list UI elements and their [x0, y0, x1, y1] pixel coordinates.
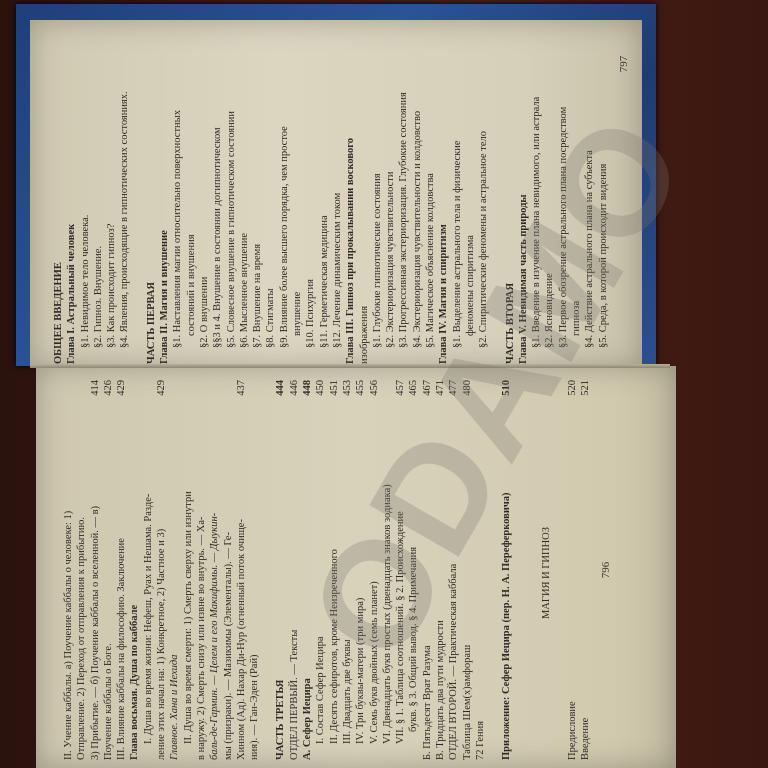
toc-entry-page: 429	[155, 380, 168, 402]
toc-entry: §8. Стигматы	[264, 0, 277, 364]
toc-entry: ОБЩЕЕ ВВЕДЕНИЕ	[52, 0, 65, 364]
toc-entry-title: §1. Глубокие гипнотические состояния	[371, 173, 384, 348]
toc-entry	[491, 0, 504, 364]
toc-entry	[514, 380, 527, 760]
toc-entry-page: 457	[394, 380, 407, 402]
toc-entry-title: Глава I. Астральный человек	[65, 224, 78, 364]
toc-entry-page: 480	[461, 380, 474, 402]
toc-entry-title: VII. § 1. Таблица соотношений. § 2. Прои…	[394, 511, 407, 744]
toc-entry-title: Глава V. Невидимая часть природы	[517, 194, 530, 364]
toc-entry-title: феномены спиритизма	[464, 235, 477, 336]
toc-entry-title: состояний и внушения	[185, 234, 198, 336]
toc-entry-page: 444	[274, 380, 287, 402]
toc-entry: изображения569	[358, 0, 371, 364]
toc-entry-title: §2. О внушении	[198, 277, 211, 348]
toc-entry-page: 520	[566, 380, 579, 402]
toc-entry-title: букв. § 3. Общий вывод. § 4. Примечания	[407, 547, 420, 732]
toc-entry-title: ЧАСТЬ ПЕРВАЯ	[145, 282, 158, 364]
toc-entry: феномены спиритизма621	[464, 0, 477, 364]
toc-entry-title: Глава II. Магия и внушение	[158, 230, 171, 364]
toc-entry-page: 467	[421, 380, 434, 402]
toc-entry-page	[222, 380, 235, 386]
toc-entry-title: Предисловие	[566, 701, 579, 760]
toc-entry: Глава V. Невидимая часть природы678	[517, 0, 530, 364]
toc-entry: Поучение каббалы о Боге.426	[102, 380, 115, 760]
toc-entry: §2. Спиритические феномены и астральное …	[477, 0, 490, 364]
toc-entry-title: Поучение каббалы о Боге.	[102, 643, 115, 760]
toc-entry: Глава I. Астральный человек522	[65, 0, 78, 364]
toc-entry-page	[208, 380, 221, 386]
toc-entry: IV. Три буквы-матери (три мира)455	[354, 380, 367, 760]
toc-entry-title: А. Сефер Иецира	[301, 678, 314, 760]
toc-entry-title: I. Душа во время жизни: Нефеш, Руах и Не…	[142, 494, 155, 744]
toc-entry-page: 465	[407, 380, 420, 402]
toc-entry: I. Душа во время жизни: Нефеш, Руах и Не…	[142, 380, 155, 760]
toc-entry: Хинном (Ад). Нахар Ди-Нур (огненный пото…	[235, 380, 248, 760]
toc-entry: 72 Гения	[474, 380, 487, 760]
toc-entry: Введение521	[579, 380, 592, 760]
toc-entry: §1. Выделение астрального тела и физичес…	[451, 0, 464, 364]
toc-list-left: II. Учение каббалы. а) Поучение каббалы …	[62, 380, 592, 760]
toc-entry-title: §2. Экстериоризация чувствительности	[384, 172, 397, 348]
toc-entry: II. Душа во время смерти: 1) Смерть свер…	[182, 380, 195, 760]
toc-entry-title: VI. Двенадцать букв простых (двенадцать …	[381, 484, 394, 744]
toc-entry: А. Сефер Иецира448	[301, 380, 314, 760]
toc-entry: §6. Мысленное внушение550	[238, 0, 251, 364]
toc-entry-title: §3. Прогрессивная экстериоризация. Глубо…	[397, 92, 410, 348]
toc-entry	[487, 380, 500, 760]
toc-entry-page	[128, 380, 141, 386]
toc-entry: I. Состав Сефер Иецира450	[314, 380, 327, 760]
toc-entry-page: 510	[500, 380, 513, 402]
toc-entry-title: §§3 и 4. Внушение в состоянии догипнотич…	[211, 127, 224, 348]
toc-entry: §5. Магическое объяснение колдовства592	[424, 0, 437, 364]
toc-entry: Глава восьмая. Душа по каббале	[128, 380, 141, 760]
toc-entry-title: II. Учение каббалы. а) Поучение каббалы …	[62, 511, 75, 760]
toc-entry-page: 446	[288, 380, 301, 402]
toc-entry-title: §4. Действие астрального плана на субъек…	[583, 150, 596, 348]
toc-entry: §2. Ясновидение	[543, 0, 556, 364]
toc-entry: §3. Прогрессивная экстериоризация. Глубо…	[397, 0, 410, 364]
toc-entry: §3. Первое обозрение астрального плана п…	[557, 0, 570, 364]
toc-entry: §4. Экстериоризация чувствительности и к…	[411, 0, 424, 364]
toc-entry-title: гипноза	[570, 301, 583, 336]
toc-entry: §§3 и 4. Внушение в состоянии догипнотич…	[211, 0, 224, 364]
toc-entry-page	[540, 521, 553, 527]
toc-entry-title: §3. Как происходит гипноз?	[105, 224, 118, 348]
book-spine-seam	[30, 364, 670, 368]
toc-entry-title: §2. Ясновидение	[543, 273, 556, 348]
toc-entry-title: §5. Среда, в которой происходит видения	[597, 164, 610, 348]
toc-entry-title: 3) Прибытие. — б) Поучение каббалы о все…	[89, 506, 102, 760]
toc-entry: Таблица Шем(х)амфораш480	[461, 380, 474, 760]
toc-entry-page: 453	[341, 380, 354, 402]
toc-entry-title: мы (призраки). — Мазикимы (Элементалы). …	[222, 532, 235, 760]
toc-entry-title: §1. Невидимое тело человека.	[79, 215, 92, 348]
toc-entry: Отправление. 2) Переход от отправления к…	[75, 380, 88, 760]
toc-entry: III. Двадцать две буквы453	[341, 380, 354, 760]
toc-entry: §11. Герметическая медицина563	[318, 0, 331, 364]
toc-entry: §5. Словесное внушение в гипнотическом с…	[225, 0, 238, 364]
toc-entry-page	[195, 380, 208, 386]
toc-entry-page	[62, 380, 75, 386]
toc-entry-page	[381, 380, 394, 386]
toc-entry: Глава III. Гипноз при прокалывании воско…	[344, 0, 357, 364]
toc-entry-title: §6. Мысленное внушение	[238, 233, 251, 348]
toc-entry: баль-де-Гармин. — Целем и его Макифимы. …	[208, 380, 221, 760]
toc-entry-title: внушение	[291, 292, 304, 336]
toc-entry-title: §1. Введение в изучение плана невидимого…	[530, 97, 543, 348]
toc-entry: §12. Лечение динамическим током	[331, 0, 344, 364]
toc-right-page: ОБЩЕЕ ВВЕДЕНИЕГлава I. Астральный челове…	[52, 0, 382, 364]
toc-entry: гипноза690	[570, 0, 583, 364]
toc-entry-page: 437	[235, 380, 248, 402]
toc-entry-title: Глава IV. Магия и спиритизм	[437, 224, 450, 364]
toc-entry: Глава II. Магия и внушение	[158, 0, 171, 364]
toc-entry: VII. § 1. Таблица соотношений. § 2. Прои…	[394, 380, 407, 760]
toc-left-page: II. Учение каббалы. а) Поучение каббалы …	[62, 380, 702, 760]
toc-entry-page: 471	[434, 380, 447, 402]
toc-entry: В. Тридцать два пути мудрости471	[434, 380, 447, 760]
toc-entry: §10. Психургия556	[304, 0, 317, 364]
toc-entry-page: 429	[115, 380, 128, 402]
toc-entry: §1. Наставления магии относительно повер…	[171, 0, 184, 364]
toc-entry	[261, 380, 274, 760]
toc-entry-page	[248, 380, 261, 386]
toc-entry: §2. Экстериоризация чувствительности575	[384, 0, 397, 364]
toc-entry: ОТДЕЛ ПЕРВЫЙ. — Тексты446	[288, 380, 301, 760]
toc-entry-title: §3. Первое обозрение астрального плана п…	[557, 107, 570, 348]
toc-entry-title: ния). — Ган-Эден (Рай)	[248, 654, 261, 760]
toc-entry-title: §2. Спиритические феномены и астральное …	[477, 131, 490, 348]
toc-entry: §2. Гипноз. Внушение.529	[92, 0, 105, 364]
toc-entry-title: 72 Гения	[474, 721, 487, 760]
toc-entry-page	[474, 380, 487, 386]
toc-entry-title: §9. Влияние более высшего порядка, чем п…	[278, 126, 291, 348]
toc-entry-title: §4. Явления, происходящие в гипнотически…	[118, 91, 131, 348]
toc-entry-title: §7. Внушение на время	[251, 244, 264, 348]
toc-entry-title: ление этих начал на: 1) Конкретное, 2) Ч…	[155, 529, 168, 760]
toc-entry-page: 450	[314, 380, 327, 402]
toc-entry: III. Влияние каббалы на философию. Заклю…	[115, 380, 128, 760]
toc-entry: в наружу. 2) Смерть снизу или извне во в…	[195, 380, 208, 760]
toc-entry: §9. Влияние более высшего порядка, чем п…	[278, 0, 291, 364]
toc-entry: §4. Действие астрального плана на субъек…	[583, 0, 596, 364]
toc-entry-title: II. Десять сефиротов, кроме Неизреченног…	[328, 549, 341, 744]
toc-entry-title: §2. Гипноз. Внушение.	[92, 246, 105, 348]
toc-entry-page	[168, 380, 181, 386]
toc-entry: Глава IV. Магия и спиритизм	[437, 0, 450, 364]
toc-entry-title: В. Тридцать два пути мудрости	[434, 620, 447, 760]
toc-entry: ЧАСТЬ ТРЕТЬЯ444	[274, 380, 287, 760]
toc-entry: §7. Внушение на время550	[251, 0, 264, 364]
toc-entry: §3. Как происходит гипноз?531	[105, 0, 118, 364]
toc-entry: МАГИЯ И ГИПНОЗ	[540, 380, 553, 760]
toc-entry-title: §5. Словесное внушение в гипнотическом с…	[225, 111, 238, 348]
page-number-left: 796	[600, 380, 612, 760]
toc-entry-title: V. Семь букв двойных (семь планет)	[368, 581, 381, 744]
toc-entry-page: 414	[89, 380, 102, 402]
toc-entry-title: ОТДЕЛ ВТОРОЙ. — Практическая каббала	[447, 564, 460, 760]
toc-entry-title: ОТДЕЛ ПЕРВЫЙ. — Тексты	[288, 630, 301, 760]
toc-entry: букв. § 3. Общий вывод. § 4. Примечания4…	[407, 380, 420, 760]
toc-entry: Предисловие520	[566, 380, 579, 760]
toc-entry-title: Глава III. Гипноз при прокалывании воско…	[344, 138, 357, 364]
toc-entry-title: Приложение: Сефер Иецира (пер. Н. А. Пер…	[500, 492, 513, 760]
toc-entry-page: 426	[102, 380, 115, 402]
toc-entry-title: Хинном (Ад). Нахар Ди-Нур (огненный пото…	[235, 519, 248, 760]
toc-entry-title: II. Душа во время смерти: 1) Смерть свер…	[182, 491, 195, 744]
toc-entry: ОТДЕЛ ВТОРОЙ. — Практическая каббала477	[447, 380, 460, 760]
toc-entry: §1. Глубокие гипнотические состояния570	[371, 0, 384, 364]
toc-entry: состояний и внушения541	[185, 0, 198, 364]
toc-entry-title: Главное. Хана и Иехида	[168, 655, 181, 761]
toc-entry: II. Десять сефиротов, кроме Неизреченног…	[328, 380, 341, 760]
toc-entry-title: МАГИЯ И ГИПНОЗ	[540, 527, 553, 619]
toc-entry: ЧАСТЬ ВТОРАЯ678	[504, 0, 517, 364]
toc-entry: §2. О внушении542	[198, 0, 211, 364]
toc-entry: VI. Двенадцать букв простых (двенадцать …	[381, 380, 394, 760]
toc-entry-page	[142, 380, 155, 386]
toc-entry-title: Введение	[579, 718, 592, 760]
toc-entry-page: 521	[579, 380, 592, 402]
toc-entry: ния). — Ган-Эден (Рай)	[248, 380, 261, 760]
toc-entry: Главное. Хана и Иехида	[168, 380, 181, 760]
toc-entry: ление этих начал на: 1) Конкретное, 2) Ч…	[155, 380, 168, 760]
toc-entry: §5. Среда, в которой происходит видения	[597, 0, 610, 364]
toc-entry-page: 477	[447, 380, 460, 402]
toc-entry	[527, 380, 540, 760]
toc-entry-page: 451	[328, 380, 341, 402]
toc-entry	[132, 0, 145, 364]
toc-list-right: ОБЩЕЕ ВВЕДЕНИЕГлава I. Астральный челове…	[52, 0, 610, 364]
toc-entry-title: §10. Психургия	[304, 279, 317, 348]
page-number-right: 797	[618, 0, 630, 364]
toc-entry-page	[75, 380, 88, 386]
toc-entry: 3) Прибытие. — б) Поучение каббалы о все…	[89, 380, 102, 760]
toc-entry-title: §12. Лечение динамическим током	[331, 193, 344, 348]
toc-entry: ЧАСТЬ ПЕРВАЯ540	[145, 0, 158, 364]
toc-entry-title: Отправление. 2) Переход от отправления к…	[75, 517, 88, 760]
toc-entry-title: I. Состав Сефер Иецира	[314, 636, 327, 744]
toc-entry-title: ОБЩЕЕ ВВЕДЕНИЕ	[52, 262, 65, 364]
toc-entry-title: III. Влияние каббалы на философию. Заклю…	[115, 538, 128, 760]
toc-entry: §1. Невидимое тело человека.522	[79, 0, 92, 364]
toc-entry-title: IV. Три буквы-матери (три мира)	[354, 598, 367, 744]
toc-entry: мы (призраки). — Мазикимы (Элементалы). …	[222, 380, 235, 760]
toc-entry	[553, 380, 566, 760]
toc-entry-title: Б. Пятьдесят Врат Разума	[421, 645, 434, 760]
toc-entry-title: Таблица Шем(х)амфораш	[461, 645, 474, 760]
toc-entry-title: Глава восьмая. Душа по каббале	[128, 605, 141, 760]
toc-entry-page: 448	[301, 380, 314, 402]
toc-entry-title: баль-де-Гармин. — Целем и его Макифимы. …	[208, 513, 221, 760]
toc-entry-page: 455	[354, 380, 367, 402]
toc-entry: §4. Явления, происходящие в гипнотически…	[118, 0, 131, 364]
toc-entry-title: §1. Выделение астрального тела и физичес…	[451, 140, 464, 348]
toc-entry: Приложение: Сефер Иецира (пер. Н. А. Пер…	[500, 380, 513, 760]
toc-entry-title: §11. Герметическая медицина	[318, 215, 331, 348]
toc-entry-title: §1. Наставления магии относительно повер…	[171, 110, 184, 348]
toc-entry-title: в наружу. 2) Смерть снизу или извне во в…	[195, 517, 208, 760]
toc-entry-title: §5. Магическое объяснение колдовства	[424, 173, 437, 348]
toc-entry: II. Учение каббалы. а) Поучение каббалы …	[62, 380, 75, 760]
toc-entry: внушение554	[291, 0, 304, 364]
toc-entry: Б. Пятьдесят Врат Разума467	[421, 380, 434, 760]
toc-entry: §1. Введение в изучение плана невидимого…	[530, 0, 543, 364]
toc-entry-title: изображения	[358, 306, 371, 364]
toc-entry-title: ЧАСТЬ ВТОРАЯ	[504, 283, 517, 364]
toc-entry-title: III. Двадцать две буквы	[341, 639, 354, 744]
toc-entry: V. Семь букв двойных (семь планет)456	[368, 380, 381, 760]
toc-entry-page: 456	[368, 380, 381, 402]
toc-entry-title: §4. Экстериоризация чувствительности и к…	[411, 111, 424, 348]
toc-entry-page	[182, 380, 195, 386]
toc-entry-title: §8. Стигматы	[264, 288, 277, 348]
toc-entry-title: ЧАСТЬ ТРЕТЬЯ	[274, 680, 287, 760]
